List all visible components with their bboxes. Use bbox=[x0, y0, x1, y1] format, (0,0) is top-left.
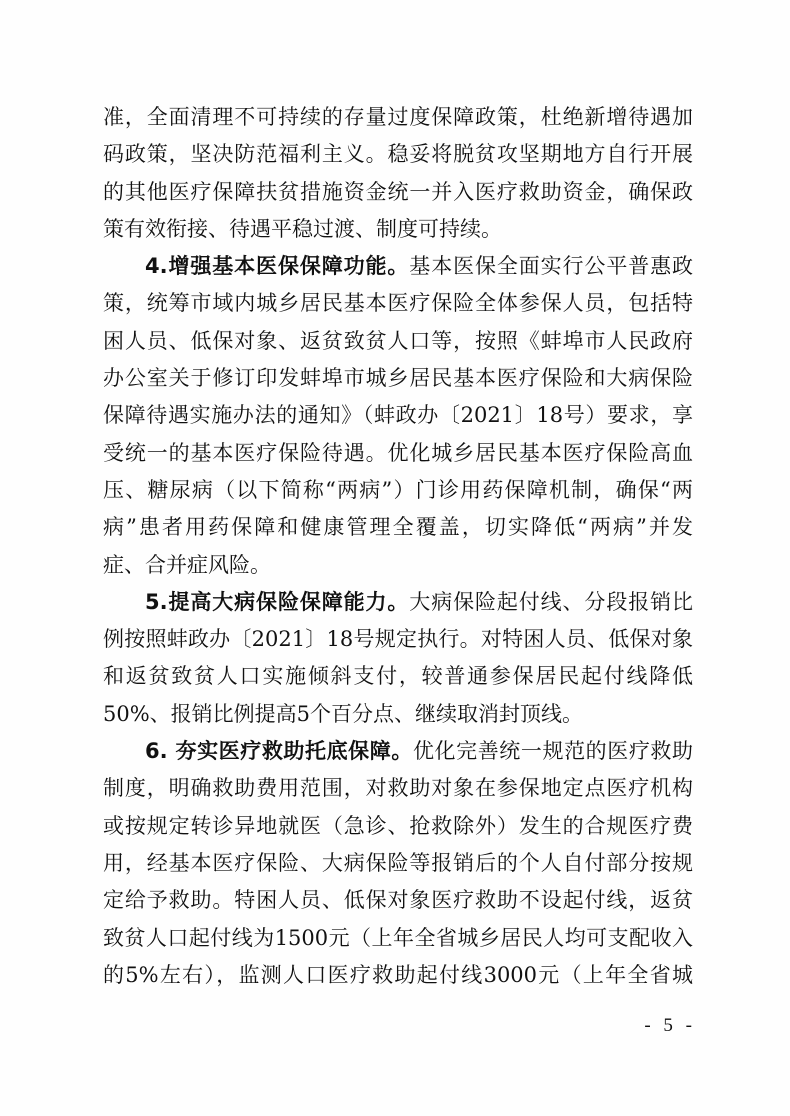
text-line: 病”患者用药保障和健康管理全覆盖，切实降低“两病”并发 bbox=[103, 509, 693, 546]
text-line: 致贫人口起付线为1500元（上年全省城乡居民人均可支配收入 bbox=[103, 920, 693, 957]
section-heading: 5.提高大病保险保障能力。 bbox=[145, 590, 409, 614]
line-text: 策，统筹市域内城乡居民基本医疗保险全体参保人员，包括特 bbox=[103, 291, 693, 315]
line-text: 受统一的基本医疗保险待遇。优化城乡居民基本医疗保险高血 bbox=[103, 441, 693, 465]
line-text: 优化完善统一规范的医疗救助 bbox=[413, 739, 693, 763]
line-text: 症、合并症风险。 bbox=[103, 553, 271, 577]
text-line: 用，经基本医疗保险、大病保险等报销后的个人自付部分按规 bbox=[103, 845, 693, 882]
line-text: 困人员、低保对象、返贫致贫人口等，按照《蚌埠市人民政府 bbox=[103, 329, 693, 353]
text-line: 保障待遇实施办法的通知》（蚌政办〔2021〕18号）要求，享 bbox=[103, 397, 693, 434]
line-text: 准，全面清理不可持续的存量过度保障政策，杜绝新增待遇加 bbox=[103, 105, 693, 129]
text-line: 困人员、低保对象、返贫致贫人口等，按照《蚌埠市人民政府 bbox=[103, 323, 693, 360]
line-text: 策有效衔接、待遇平稳过渡、制度可持续。 bbox=[103, 217, 502, 241]
line-text: 的5%左右），监测人口医疗救助起付线3000元（上年全省城 bbox=[103, 963, 693, 987]
text-line: 定给予救助。特困人员、低保对象医疗救助不设起付线，返贫 bbox=[103, 882, 693, 919]
text-line: 或按规定转诊异地就医（急诊、抢救除外）发生的合规医疗费 bbox=[103, 808, 693, 845]
document-page: 准，全面清理不可持续的存量过度保障政策，杜绝新增待遇加 码政策，坚决防范福利主义… bbox=[0, 0, 790, 1116]
line-text: 和返贫致贫人口实施倾斜支付，较普通参保居民起付线降低 bbox=[103, 664, 693, 688]
body-text: 准，全面清理不可持续的存量过度保障政策，杜绝新增待遇加 码政策，坚决防范福利主义… bbox=[103, 99, 693, 994]
text-line: 的其他医疗保障扶贫措施资金统一并入医疗救助资金，确保政 bbox=[103, 174, 693, 211]
text-line: 的5%左右），监测人口医疗救助起付线3000元（上年全省城 bbox=[103, 957, 693, 994]
line-text: 或按规定转诊异地就医（急诊、抢救除外）发生的合规医疗费 bbox=[103, 814, 693, 838]
line-text: 50%、报销比例提高5个百分点、继续取消封顶线。 bbox=[103, 702, 583, 726]
line-text: 制度，明确救助费用范围，对救助对象在参保地定点医疗机构 bbox=[103, 776, 693, 800]
line-text: 压、糖尿病（以下简称“两病”）门诊用药保障机制，确保“两 bbox=[103, 478, 693, 502]
text-line: 和返贫致贫人口实施倾斜支付，较普通参保居民起付线降低 bbox=[103, 658, 693, 695]
line-text: 码政策，坚决防范福利主义。稳妥将脱贫攻坚期地方自行开展 bbox=[103, 142, 693, 166]
text-line: 策有效衔接、待遇平稳过渡、制度可持续。 bbox=[103, 211, 693, 248]
text-line: 受统一的基本医疗保险待遇。优化城乡居民基本医疗保险高血 bbox=[103, 435, 693, 472]
line-text: 病”患者用药保障和健康管理全覆盖，切实降低“两病”并发 bbox=[103, 515, 693, 539]
line-text: 用，经基本医疗保险、大病保险等报销后的个人自付部分按规 bbox=[103, 851, 693, 875]
line-text: 定给予救助。特困人员、低保对象医疗救助不设起付线，返贫 bbox=[103, 888, 693, 912]
text-line: 办公室关于修订印发蚌埠市城乡居民基本医疗保险和大病保险 bbox=[103, 360, 693, 397]
text-line: 制度，明确救助费用范围，对救助对象在参保地定点医疗机构 bbox=[103, 770, 693, 807]
section-heading: 6. 夯实医疗救助托底保障。 bbox=[145, 739, 413, 763]
line-text: 基本医保全面实行公平普惠政 bbox=[409, 254, 693, 278]
section-heading: 4.增强基本医保保障功能。 bbox=[145, 254, 409, 278]
text-line: 症、合并症风险。 bbox=[103, 547, 693, 584]
page-number: - 5 - bbox=[636, 1015, 696, 1037]
section-5-heading-line: 5.提高大病保险保障能力。大病保险起付线、分段报销比 bbox=[103, 584, 693, 621]
section-6-heading-line: 6. 夯实医疗救助托底保障。优化完善统一规范的医疗救助 bbox=[103, 733, 693, 770]
text-line: 策，统筹市域内城乡居民基本医疗保险全体参保人员，包括特 bbox=[103, 285, 693, 322]
text-line: 例按照蚌政办〔2021〕18号规定执行。对特困人员、低保对象 bbox=[103, 621, 693, 658]
text-line: 50%、报销比例提高5个百分点、继续取消封顶线。 bbox=[103, 696, 693, 733]
line-text: 办公室关于修订印发蚌埠市城乡居民基本医疗保险和大病保险 bbox=[103, 366, 693, 390]
line-text: 保障待遇实施办法的通知》（蚌政办〔2021〕18号）要求，享 bbox=[103, 403, 693, 427]
text-line: 码政策，坚决防范福利主义。稳妥将脱贫攻坚期地方自行开展 bbox=[103, 136, 693, 173]
section-4-heading-line: 4.增强基本医保保障功能。基本医保全面实行公平普惠政 bbox=[103, 248, 693, 285]
text-line: 准，全面清理不可持续的存量过度保障政策，杜绝新增待遇加 bbox=[103, 99, 693, 136]
line-text: 致贫人口起付线为1500元（上年全省城乡居民人均可支配收入 bbox=[103, 926, 693, 950]
line-text: 大病保险起付线、分段报销比 bbox=[409, 590, 693, 614]
line-text: 例按照蚌政办〔2021〕18号规定执行。对特困人员、低保对象 bbox=[103, 627, 693, 651]
text-line: 压、糖尿病（以下简称“两病”）门诊用药保障机制，确保“两 bbox=[103, 472, 693, 509]
line-text: 的其他医疗保障扶贫措施资金统一并入医疗救助资金，确保政 bbox=[103, 180, 693, 204]
